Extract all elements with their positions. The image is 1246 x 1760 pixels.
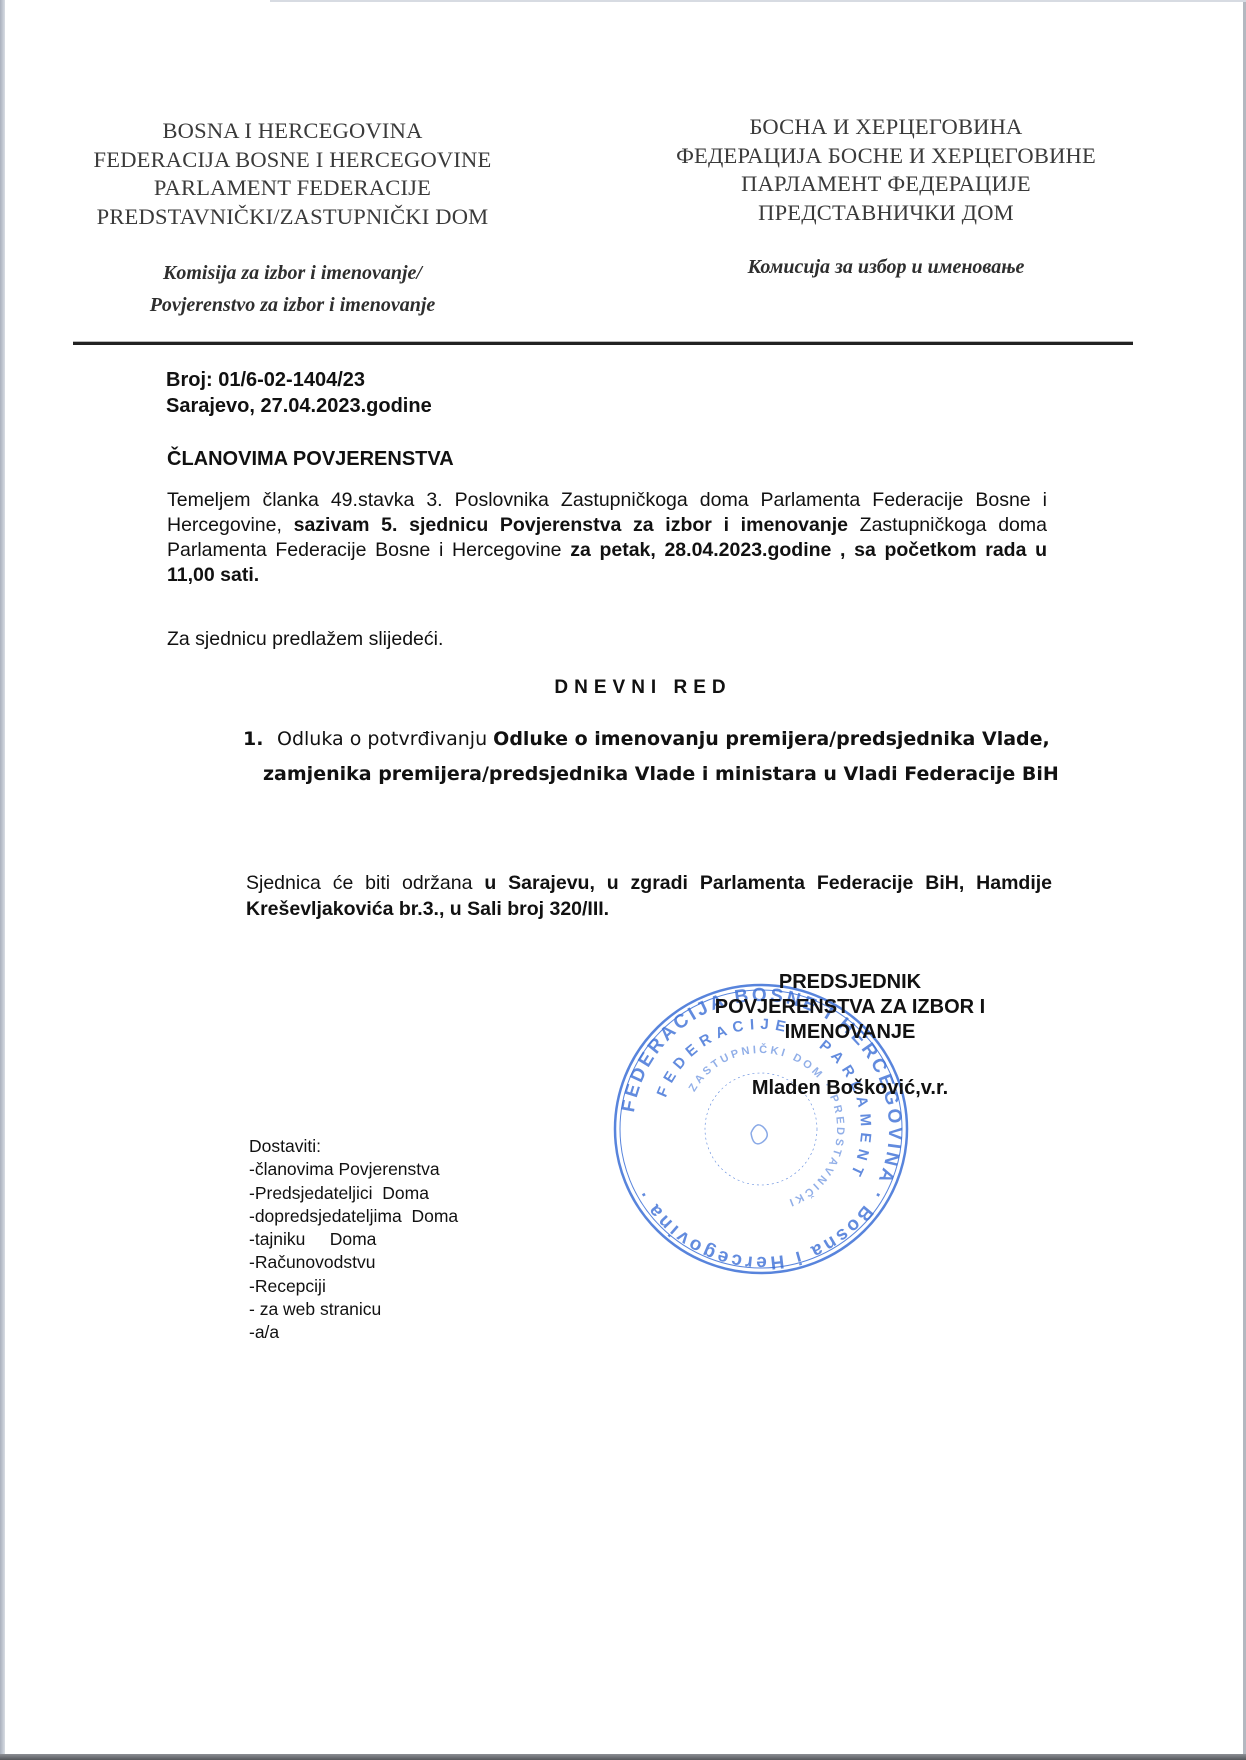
agenda-item-lead: Odluka o potvrđivanju (277, 728, 493, 750)
scan-edge-top (270, 0, 1246, 2)
distribution-item: -dopredsjedateljima Doma (249, 1205, 458, 1228)
distribution-list: Dostaviti: -članovima Povjerenstva -Pred… (249, 1135, 458, 1345)
reference-block: Broj: 01/6-02-1404/23 Sarajevo, 27.04.20… (166, 367, 432, 419)
signatory-name: Mladen Bošković,v.r. (680, 1076, 1020, 1101)
proposal-line: Za sjednicu predlažem slijedeći. (167, 627, 443, 652)
agenda-title: DNEVNI RED (0, 677, 1246, 699)
distribution-item: -Računovodstvu (249, 1251, 458, 1274)
stamp-emblem-icon (751, 1125, 767, 1144)
venue-paragraph: Sjednica će biti održana u Sarajevu, u z… (246, 870, 1052, 922)
distribution-item: -tajniku Doma (249, 1228, 458, 1251)
header-divider (73, 341, 1133, 345)
addressee: ČLANOVIMA POVJERENSTVA (167, 446, 454, 472)
signature-block: PREDSJEDNIK POVJERENSTVA ZA IZBOR I IMEN… (680, 970, 1020, 1101)
place-date: Sarajevo, 27.04.2023.godine (166, 393, 432, 419)
signatory-title: PREDSJEDNIK (680, 970, 1020, 995)
scan-edge-bottom (0, 1754, 1246, 1760)
letterhead-line: ФЕДЕРАЦИЈА БОСНЕ И ХЕРЦЕГОВИНЕ (645, 142, 1127, 171)
committee-name: Komisija za izbor i imenovanje/ (70, 257, 515, 289)
signatory-title: IMENOVANJE (680, 1020, 1020, 1045)
committee-name-cyrillic: Комисија за избор и именовање (645, 251, 1127, 283)
distribution-item: - za web stranicu (249, 1298, 458, 1321)
venue-text: Sjednica će biti održana (246, 872, 484, 894)
letterhead-latin: BOSNA I HERCEGOVINA FEDERACIJA BOSNE I H… (70, 117, 515, 321)
agenda-item-text: Odluka o potvrđivanju Odluke o imenovanj… (243, 722, 1065, 792)
distribution-item: -članovima Povjerenstva (249, 1158, 458, 1181)
committee-name: Povjerenstvo za izbor i imenovanje (70, 289, 515, 321)
letterhead-line: BOSNA I HERCEGOVINA (70, 117, 515, 146)
agenda-item-number: 1. (243, 722, 263, 757)
reference-number: Broj: 01/6-02-1404/23 (166, 367, 432, 393)
distribution-heading: Dostaviti: (249, 1135, 458, 1158)
letterhead-line: ПАРЛАМЕНТ ФЕДЕРАЦИЈЕ (645, 170, 1127, 199)
convocation-emphasis: sazivam 5. sjednicu Povjerenstva za izbo… (294, 514, 848, 536)
letterhead-line: PREDSTAVNIČKI/ZASTUPNIČKI DOM (70, 203, 515, 232)
convocation-paragraph: Temeljem članka 49.stavka 3. Poslovnika … (167, 488, 1047, 588)
letterhead-line: PARLAMENT FEDERACIJE (70, 174, 515, 203)
agenda-item: 1. Odluka o potvrđivanju Odluke o imenov… (243, 722, 1065, 792)
agenda-list: 1. Odluka o potvrđivanju Odluke o imenov… (243, 722, 1065, 792)
signatory-title: POVJERENSTVA ZA IZBOR I (680, 995, 1020, 1020)
distribution-item: -a/a (249, 1321, 458, 1344)
scan-edge-left (0, 0, 5, 1760)
letterhead-cyrillic: БОСНА И ХЕРЦЕГОВИНА ФЕДЕРАЦИЈА БОСНЕ И Х… (645, 113, 1127, 283)
letterhead-line: FEDERACIJA BOSNE I HERCEGOVINE (70, 146, 515, 175)
letterhead-line: БОСНА И ХЕРЦЕГОВИНА (645, 113, 1127, 142)
distribution-item: -Predsjedateljici Doma (249, 1182, 458, 1205)
letterhead-line: ПРЕДСТАВНИЧКИ ДОМ (645, 199, 1127, 228)
distribution-item: -Recepciji (249, 1275, 458, 1298)
